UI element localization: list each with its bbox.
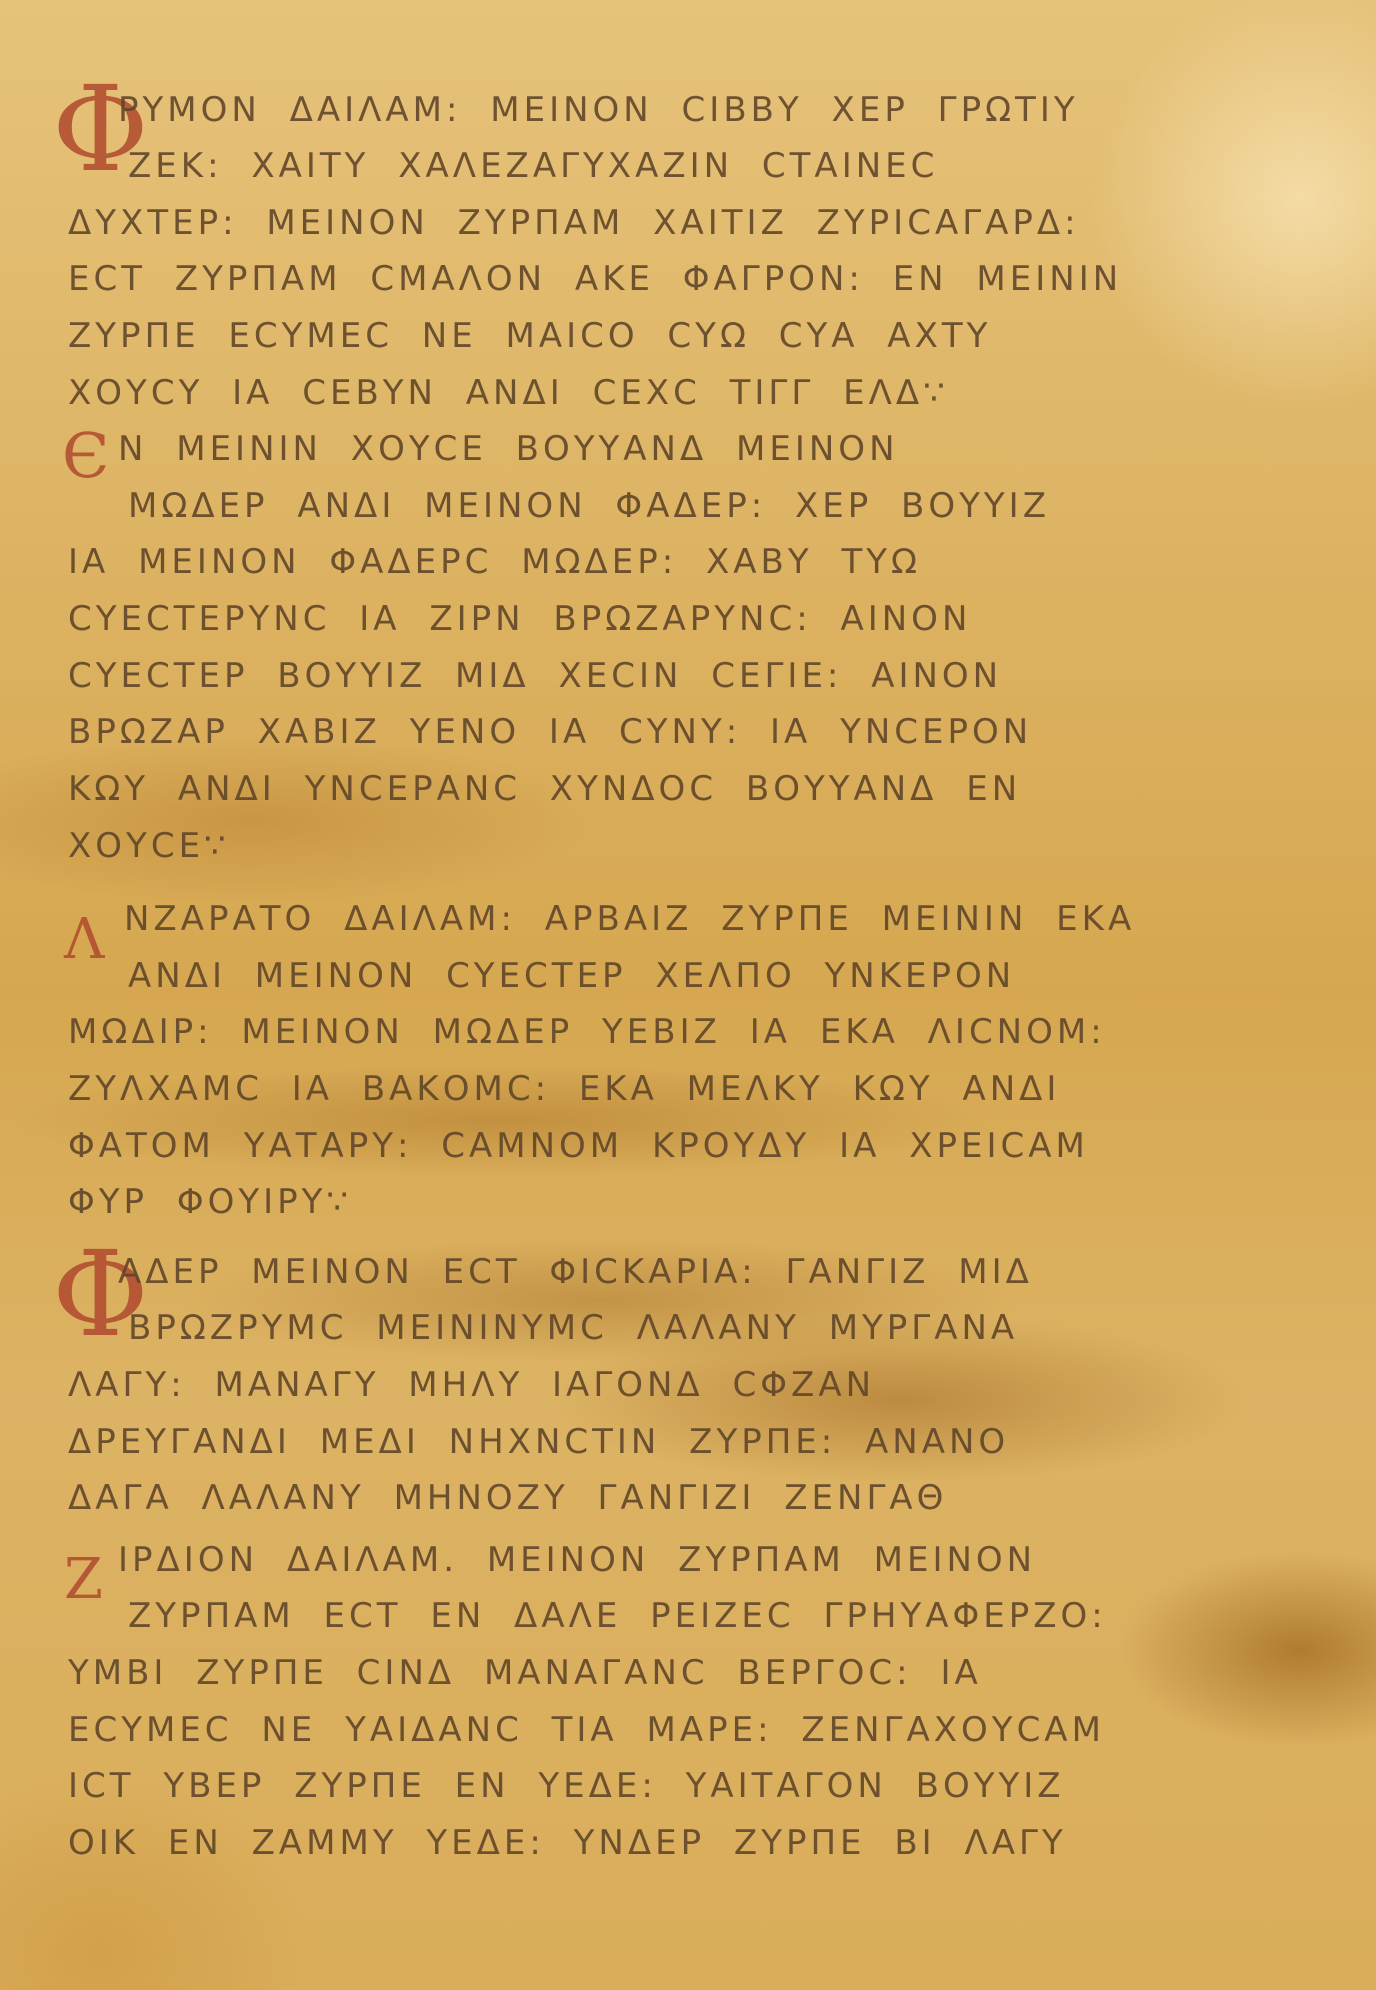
text-line: ΜΩΔΕΡ ΑΝΔΙ ΜΕΙΝΟΝ ΦΑΔΕΡ: ΧΕΡ ΒΟΥΥΙΖ [128,486,1050,526]
text-line: ΦΑΤΟΜ ΥΑΤΑΡΥ: CΑΜΝΟΜ ΚΡΟΥΔΥ ΙΑ ΧΡΕΙCΑΜ [68,1126,1089,1166]
text-line: ΧΟΥCΥ ΙΑ CΕΒΥΝ ΑΝΔΙ CΕΧC ΤΙΓΓ ΕΛΔ∵ [68,373,949,413]
text-line: ΕCΥΜΕC ΝΕ ΥΑΙΔΑΝC ΤΙΑ ΜΑΡΕ: ΖΕΝΓΑΧΟΥCΑΜ [68,1710,1105,1750]
text-line: ΔΥΧΤΕΡ: ΜΕΙΝΟΝ ΖΥΡΠΑΜ ΧΑΙΤΙΖ ΖΥΡΙCΑΓΑΡΔ: [68,203,1080,243]
text-line: ΖΕΚ: ΧΑΙΤΥ ΧΑΛΕΖΑΓΥΧΑΖΙΝ CΤΑΙΝΕC [128,146,938,186]
text-line: ΑΝΔΙ ΜΕΙΝΟΝ CΥΕCΤΕΡ ΧΕΛΠΟ ΥΝΚΕΡΟΝ [128,956,1015,996]
manuscript-page: Φ ΡΥΜΟΝ ΔΑΙΛΑΜ: ΜΕΙΝΟΝ CIBBΥ ΧΕΡ ΓΡΩΤΙΥ … [0,0,1376,1990]
illuminated-initial-3: Λ [64,912,104,968]
text-line: CΥΕCΤΕΡ ΒΟΥΥΙΖ ΜΙΔ ΧΕCΙΝ CΕΓΙΕ: ΑΙΝΟΝ [68,656,1002,696]
text-line: ΕCΤ ΖΥΡΠΑΜ CΜΑΛΟΝ ΑΚΕ ΦΑΓΡΟΝ: ΕΝ ΜΕΙΝΙΝ [68,259,1122,299]
text-line: ΒΡΩΖΑΡ ΧΑΒΙΖ ΥΕΝΟ ΙΑ CΥΝΥ: ΙΑ ΥΝCΕΡΟΝ [68,712,1032,752]
text-line: ΖΥΛΧΑΜC ΙΑ ΒΑΚΟΜC: ΕΚΑ ΜΕΛΚΥ ΚΩΥ ΑΝΔΙ [68,1069,1060,1109]
text-line: ΚΩΥ ΑΝΔΙ ΥΝCΕΡΑΝC ΧΥΝΔΟC ΒΟΥΥΑΝΔ ΕΝ [68,769,1021,809]
illuminated-initial-5: Ζ [64,1552,103,1608]
text-line: ΖΥΡΠΕ ΕCΥΜΕC ΝΕ ΜΑΙCΟ CΥΩ CΥΑ ΑΧΤΥ [68,316,991,356]
text-line: ΧΟΥCΕ∵ [68,826,230,866]
text-line: ΟΙΚ ΕΝ ΖΑΜΜΥ ΥΕΔΕ: ΥΝΔΕΡ ΖΥΡΠΕ ΒΙ ΛΑΓΥ [68,1823,1067,1863]
text-line: ΙCΤ ΥΒΕΡ ΖΥΡΠΕ ΕΝ ΥΕΔΕ: ΥΑΙΤΑΓΟΝ ΒΟΥΥΙΖ [68,1766,1065,1806]
text-line: ΛΑΓΥ: ΜΑΝΑΓΥ ΜΗΛΥ ΙΑΓΟΝΔ CΦΖΑΝ [68,1365,875,1405]
text-line: ΥΜΒΙ ΖΥΡΠΕ CΙΝΔ ΜΑΝΑΓΑΝC ΒΕΡΓΟC: ΙΑ [68,1653,982,1693]
text-line: CΥΕCΤΕΡΥΝC ΙΑ ΖΙΡΝ ΒΡΩΖΑΡΥΝC: ΑΙΝΟΝ [68,599,971,639]
text-line: ΙΑ ΜΕΙΝΟΝ ΦΑΔΕΡC ΜΩΔΕΡ: ΧΑΒΥ ΤΥΩ [68,542,921,582]
text-line: ΔΡΕΥΓΑΝΔΙ ΜΕΔΙ ΝΗΧΝCΤΙΝ ΖΥΡΠΕ: ΑΝΑΝΟ [68,1422,1009,1462]
text-line: ΦΥΡ ΦΟΥΙΡΥ∵ [68,1182,352,1222]
illuminated-initial-2: Є [62,425,109,487]
text-line: ΝΖΑΡΑΤΟ ΔΑΙΛΑΜ: ΑΡΒΑΙΖ ΖΥΡΠΕ ΜΕΙΝΙΝ ΕΚΑ [124,899,1135,939]
text-line: ΑΔΕΡ ΜΕΙΝΟΝ ΕCΤ ΦΙCΚΑΡΙΑ: ΓΑΝΓΙΖ ΜΙΔ [118,1252,1033,1292]
text-line: ΜΩΔΙΡ: ΜΕΙΝΟΝ ΜΩΔΕΡ ΥΕΒΙΖ ΙΑ ΕΚΑ ΛΙCΝΟΜ: [68,1012,1106,1052]
text-line: ΔΑΓΑ ΛΑΛΑΝΥ ΜΗΝΟΖΥ ΓΑΝΓΙΖΙ ΖΕΝΓΑΘ [68,1478,947,1518]
text-line: ΒΡΩΖΡΥΜC ΜΕΙΝΙΝΥΜC ΛΑΛΑΝΥ ΜΥΡΓΑΝΑ [128,1308,1018,1348]
text-line: ΡΥΜΟΝ ΔΑΙΛΑΜ: ΜΕΙΝΟΝ CIBBΥ ΧΕΡ ΓΡΩΤΙΥ [118,90,1079,130]
text-line: ΙΡΔΙΟΝ ΔΑΙΛΑΜ. ΜΕΙΝΟΝ ΖΥΡΠΑΜ ΜΕΙΝΟΝ [118,1540,1036,1580]
text-line: ΖΥΡΠΑΜ ΕCΤ ΕΝ ΔΑΛΕ ΡΕΙΖΕC ΓΡΗΥΑΦΕΡΖΟ: [128,1596,1107,1636]
text-line: Ν ΜΕΙΝΙΝ ΧΟΥCΕ ΒΟΥΥΑΝΔ ΜΕΙΝΟΝ [118,429,899,469]
